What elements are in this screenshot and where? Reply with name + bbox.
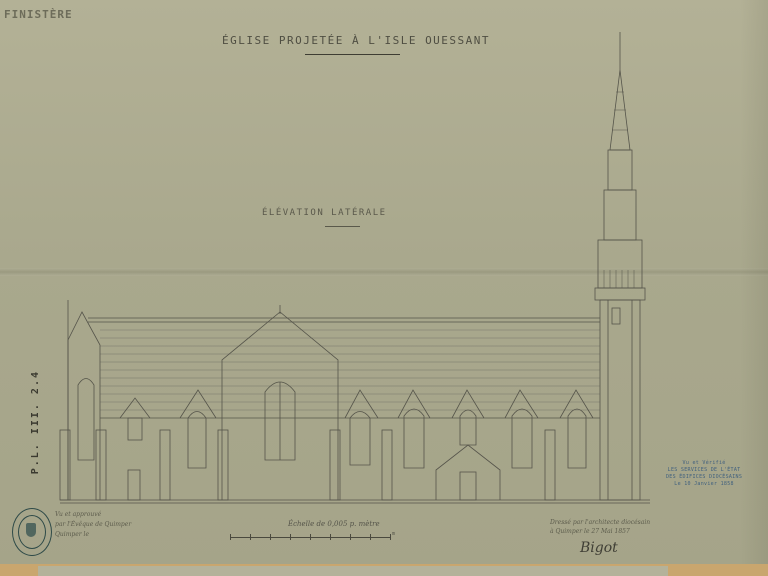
scale-label: Échelle de 0,005 p. mètre bbox=[288, 520, 380, 528]
architect-note: Dressé par l'architecte diocésain à Quim… bbox=[550, 518, 650, 536]
scale-tick bbox=[370, 534, 371, 540]
scale-tick bbox=[390, 534, 391, 540]
mounting-tape bbox=[0, 564, 768, 576]
scale-tick bbox=[350, 534, 351, 540]
approval-note: Vu et approuvé par l'Évêque de Quimper Q… bbox=[55, 510, 131, 540]
seal-crest-icon bbox=[26, 523, 36, 537]
scale-tick bbox=[250, 534, 251, 540]
underlying-sheet bbox=[38, 566, 668, 576]
scale-tick bbox=[270, 534, 271, 540]
scale-unit: m bbox=[392, 531, 395, 537]
architect-signature: Bigot bbox=[580, 540, 618, 556]
scale-tick bbox=[310, 534, 311, 540]
drawing-sheet: FINISTÈRE ÉGLISE PROJETÉE À L'ISLE OUESS… bbox=[0, 0, 768, 576]
verification-stamp: Vu et Vérifié LES SERVICES DE L'ÉTAT DES… bbox=[666, 460, 742, 488]
scale-tick bbox=[230, 534, 231, 540]
scale-tick bbox=[290, 534, 291, 540]
church-elevation-drawing bbox=[0, 0, 768, 576]
diocese-seal bbox=[12, 508, 52, 556]
scale-tick bbox=[330, 534, 331, 540]
